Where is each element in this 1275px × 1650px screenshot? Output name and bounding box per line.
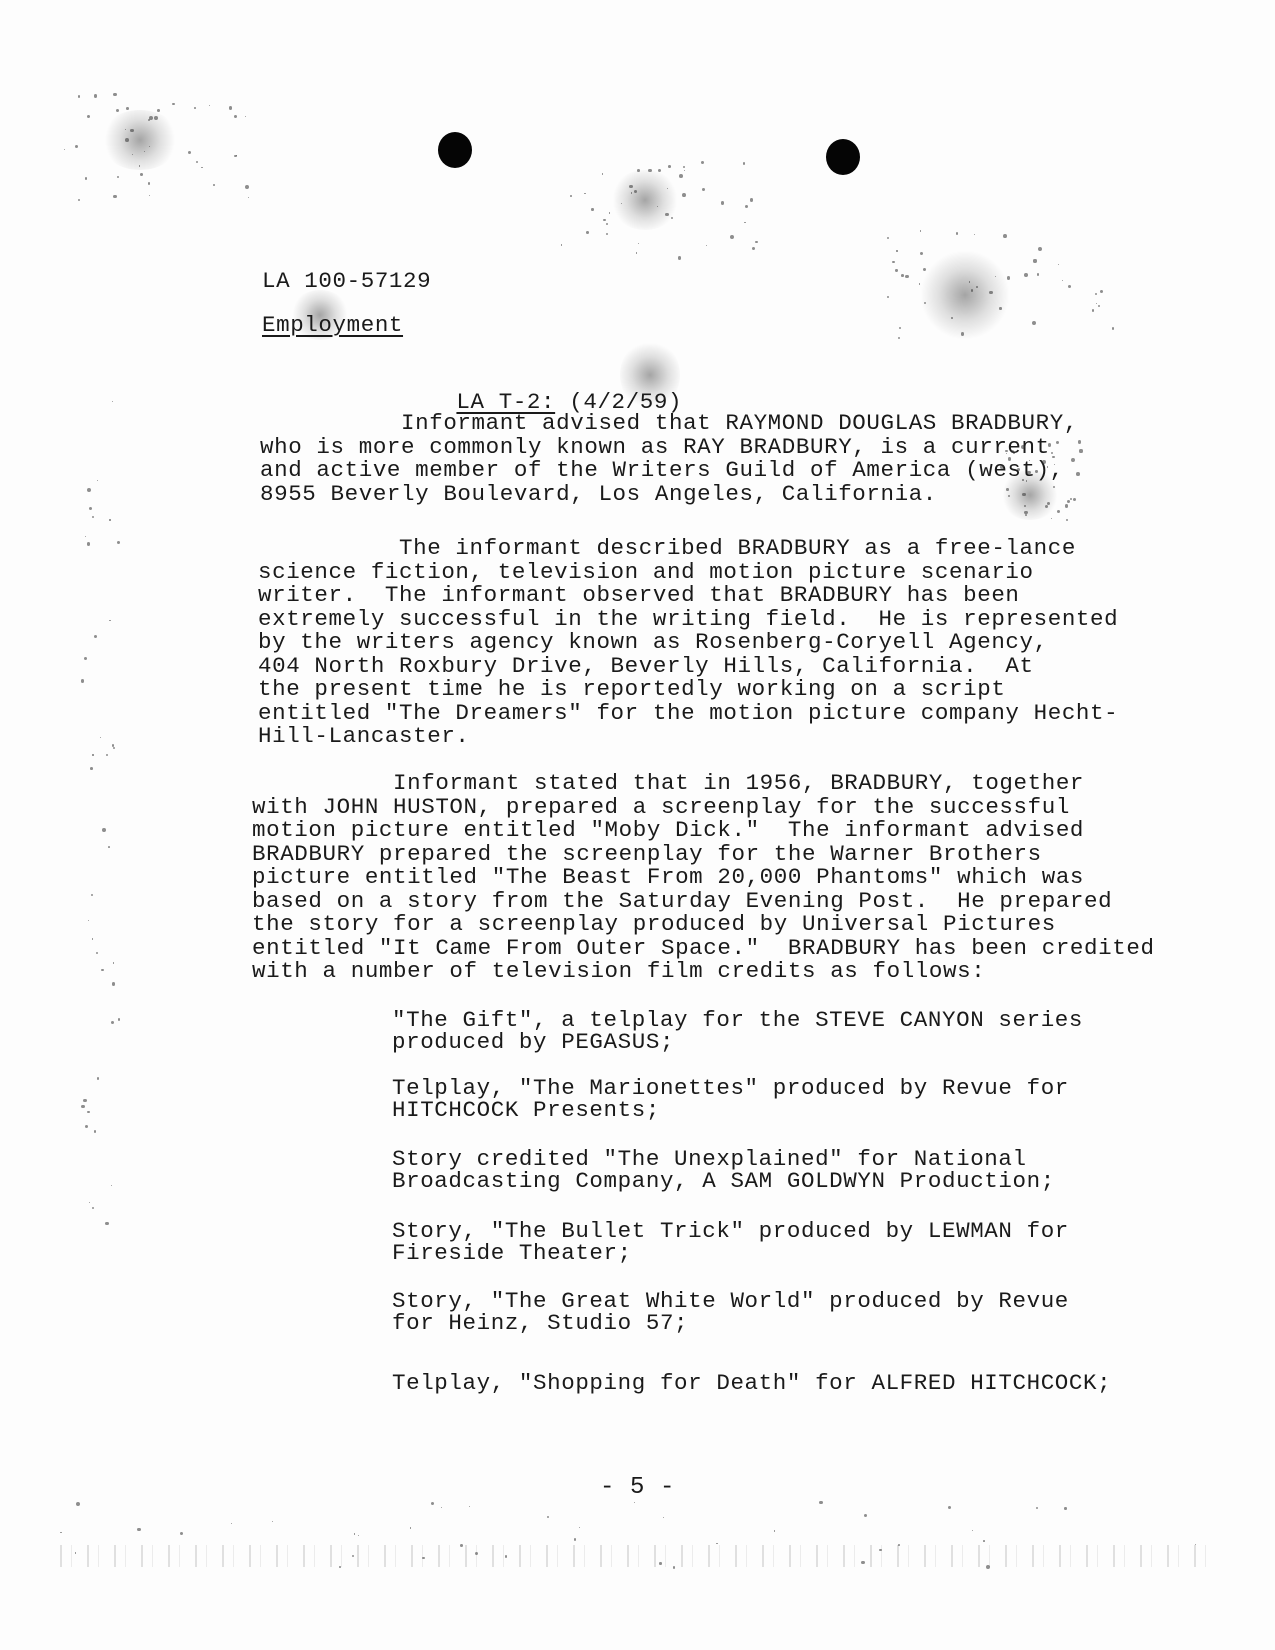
scan-speck [1051, 452, 1054, 455]
paragraph-line: science fiction, television and motion p… [258, 559, 1034, 585]
scan-speck [108, 846, 110, 848]
paragraph-line: extremely successful in the writing fiel… [258, 606, 1118, 632]
scan-speck [1025, 514, 1027, 516]
scan-speck [1037, 273, 1040, 276]
scan-speck [97, 480, 98, 481]
paragraph-line: 404 North Roxbury Drive, Beverly Hills, … [258, 653, 1034, 679]
scan-speck [113, 962, 114, 963]
scan-speck [109, 519, 110, 520]
scan-speck [1078, 440, 1081, 443]
scan-speck [999, 307, 1001, 309]
scan-speck [547, 1516, 549, 1518]
scan-speck [441, 1507, 442, 1508]
scan-smudge [920, 250, 1010, 340]
scan-speck [706, 245, 707, 246]
scan-speck [117, 176, 119, 178]
scan-speck [701, 161, 704, 164]
scan-speck [75, 145, 78, 148]
scan-speck [948, 1506, 951, 1509]
scan-speck [94, 635, 97, 638]
scan-speck [234, 115, 237, 118]
scan-speck [112, 401, 113, 402]
scan-speck [102, 828, 106, 832]
scan-speck [1065, 504, 1069, 508]
scan-speck [92, 938, 93, 939]
scan-speck [1076, 472, 1080, 476]
scan-speck [971, 289, 973, 291]
scan-speck [92, 516, 95, 519]
scan-speck [1053, 486, 1055, 488]
paragraph-line: based on a story from the Saturday Eveni… [252, 888, 1112, 914]
scan-speck [196, 161, 198, 163]
paragraph-line: entitled "The Dreamers" for the motion p… [258, 700, 1118, 726]
scan-speck [1038, 247, 1042, 251]
scan-speck [87, 115, 90, 118]
scan-speck [752, 247, 755, 250]
scan-speck [745, 205, 748, 208]
scan-speck [879, 1549, 882, 1552]
scan-speck [898, 1544, 900, 1546]
scan-speck [410, 1527, 412, 1529]
scan-speck [1064, 1507, 1066, 1509]
scan-speck [100, 737, 102, 739]
scan-speck [1057, 510, 1060, 513]
scan-speck [75, 1552, 76, 1553]
scan-speck [109, 620, 110, 621]
scan-speck [896, 250, 897, 251]
scan-noise-bottom [60, 1545, 1210, 1567]
scan-speck [702, 188, 705, 191]
scan-speck [90, 767, 93, 770]
scan-speck [245, 116, 246, 117]
scan-speck [637, 169, 640, 172]
scan-speck [1098, 305, 1100, 307]
scan-speck [172, 103, 174, 105]
scan-speck [574, 1538, 576, 1540]
scan-speck [201, 167, 202, 168]
scan-speck [505, 1555, 507, 1557]
scan-speck [744, 222, 745, 223]
scan-speck [1032, 321, 1036, 325]
scan-speck [819, 1501, 823, 1505]
scan-speck [659, 1562, 661, 1564]
scan-speck [248, 197, 249, 198]
scan-speck [92, 754, 93, 755]
scan-speck [87, 488, 91, 492]
scan-speck [1007, 276, 1011, 280]
scan-speck [1006, 488, 1009, 491]
scan-speck [898, 337, 900, 339]
scan-speck [561, 244, 563, 246]
scan-speck [591, 208, 593, 210]
scan-speck [679, 174, 683, 178]
scan-speck [683, 166, 685, 168]
scan-speck [339, 1566, 341, 1568]
credit-line: produced by PEGASUS; [392, 1029, 674, 1055]
scan-speck [1062, 280, 1063, 281]
scan-speck [684, 170, 685, 171]
scan-speck [78, 199, 80, 201]
scan-speck [750, 198, 754, 202]
file-number: LA 100-57129 [262, 268, 431, 294]
scan-speck [97, 1077, 100, 1080]
scan-speck [234, 155, 236, 157]
paragraph-line: Hill-Lancaster. [258, 723, 470, 749]
paragraph-line: by the writers agency known as Rosenberg… [258, 629, 1048, 655]
scan-speck [895, 269, 897, 271]
scan-speck [961, 332, 964, 335]
scan-speck [154, 116, 158, 120]
scan-speck [629, 185, 633, 189]
scan-speck [1021, 445, 1025, 449]
scan-speck [89, 507, 93, 511]
credit-line: Broadcasting Company, A SAM GOLDWYN Prod… [392, 1168, 1055, 1194]
scan-speck [213, 184, 215, 186]
scan-speck [1092, 309, 1094, 311]
scan-speck [78, 95, 80, 97]
document-page: LA 100-57129 Employment LA T-2: (4/2/59)… [0, 0, 1275, 1650]
scan-speck [469, 1506, 470, 1507]
scan-speck [1195, 1544, 1196, 1545]
scan-speck [209, 105, 211, 107]
paragraph-line: entitled "It Came From Outer Space." BRA… [252, 935, 1155, 961]
scan-speck [1096, 303, 1097, 304]
scan-speck [974, 234, 976, 236]
scan-speck [663, 1517, 664, 1518]
paragraph-line: the present time he is reportedly workin… [258, 676, 1005, 702]
scan-speck [157, 109, 160, 112]
scan-speck [130, 129, 133, 132]
scan-speck [1070, 498, 1072, 500]
scan-speck [111, 1021, 114, 1024]
scan-speck [83, 1099, 87, 1103]
credit-line: Telplay, "Shopping for Death" for ALFRED… [392, 1370, 1111, 1396]
scan-speck [85, 536, 86, 537]
scan-speck [668, 165, 671, 168]
scan-speck [1011, 450, 1014, 453]
scan-speck [743, 162, 746, 165]
paragraph-line: who is more commonly known as RAY BRADBU… [260, 434, 1050, 460]
scan-speck [118, 1018, 120, 1020]
paragraph-line: the story for a screenplay produced by U… [252, 911, 1056, 937]
hole-punch-right [826, 139, 860, 175]
scan-speck [358, 1535, 359, 1536]
scan-speck [113, 747, 115, 749]
scan-speck [117, 541, 120, 544]
scan-smudge [100, 110, 180, 170]
scan-speck [682, 193, 686, 197]
scan-speck [1003, 234, 1007, 238]
scan-speck [638, 243, 639, 244]
scan-speck [88, 920, 89, 921]
scan-speck [1100, 290, 1103, 293]
scan-speck [570, 195, 572, 197]
scan-speck [85, 177, 87, 179]
credit-line: HITCHCOCK Presents; [392, 1097, 660, 1123]
scan-speck [60, 1532, 62, 1534]
scan-speck [94, 1130, 97, 1133]
paragraph-line: Informant stated that in 1956, BRADBURY,… [252, 770, 1084, 796]
scan-speck [116, 109, 119, 112]
scan-speck [101, 969, 103, 971]
scan-speck [106, 754, 109, 757]
scan-speck [1073, 498, 1076, 501]
scan-speck [1056, 441, 1059, 444]
scan-speck [721, 201, 725, 205]
page-number: - 5 - [600, 1474, 675, 1501]
scan-speck [188, 151, 191, 154]
scan-speck [602, 173, 603, 174]
hole-punch-left [438, 132, 472, 168]
scan-speck [636, 252, 637, 253]
scan-speck [1058, 264, 1060, 266]
scan-speck [1036, 1507, 1038, 1509]
scan-speck [113, 195, 116, 198]
scan-speck [905, 275, 909, 279]
scan-speck [1033, 259, 1036, 262]
scan-speck [85, 1125, 88, 1128]
scan-speck [64, 149, 65, 150]
scan-speck [194, 107, 196, 109]
scan-speck [272, 1521, 273, 1522]
scan-speck [84, 657, 87, 660]
scan-smudge [610, 170, 680, 230]
section-heading: Employment [262, 312, 403, 338]
scan-speck [579, 1527, 580, 1528]
credit-line: Fireside Theater; [392, 1240, 632, 1266]
scan-speck [606, 223, 608, 225]
scan-speck [658, 169, 661, 172]
scan-speck [126, 107, 129, 110]
scan-speck [586, 231, 589, 234]
scan-speck [603, 219, 606, 222]
scan-speck [354, 1533, 355, 1534]
scan-speck [460, 1544, 463, 1547]
scan-speck [609, 212, 611, 214]
paragraph-line: 8955 Beverly Boulevard, Los Angeles, Cal… [260, 481, 937, 507]
scan-speck [755, 241, 757, 243]
scan-speck [671, 217, 673, 219]
scan-speck [1112, 327, 1114, 329]
scan-speck [149, 195, 150, 196]
paragraph-line: and active member of the Writers Guild o… [260, 457, 1064, 483]
scan-speck [94, 94, 97, 97]
scan-speck [180, 1532, 183, 1535]
scan-speck [1067, 500, 1070, 503]
scan-speck [89, 1202, 90, 1203]
scan-speck [665, 213, 668, 216]
scan-speck [584, 193, 586, 195]
scan-speck [81, 1105, 85, 1109]
scan-speck [920, 252, 923, 255]
scan-speck [899, 327, 901, 329]
paragraph-line: with a number of television film credits… [252, 958, 985, 984]
scan-speck [892, 261, 894, 263]
scan-speck [1095, 293, 1097, 295]
paragraph-line: BRADBURY prepared the screenplay for the… [252, 841, 1042, 867]
scan-speck [887, 296, 889, 298]
scan-speck [995, 276, 996, 277]
scan-speck [81, 679, 84, 682]
scan-speck [1071, 458, 1075, 462]
scan-speck [606, 233, 608, 235]
scan-speck [87, 542, 91, 546]
scan-speck [105, 1222, 109, 1226]
scan-speck [96, 952, 98, 954]
scan-speck [920, 230, 921, 231]
scan-speck [1079, 449, 1082, 452]
scan-speck [231, 1523, 232, 1524]
scan-speck [92, 1207, 94, 1209]
scan-speck [125, 138, 129, 142]
scan-speck [972, 1530, 973, 1531]
scan-speck [113, 93, 117, 97]
paragraph-line: with JOHN HUSTON, prepared a screenplay … [252, 794, 1070, 820]
scan-speck [431, 1502, 434, 1505]
scan-speck [1017, 468, 1020, 471]
scan-speck [229, 106, 232, 109]
scan-speck [245, 185, 249, 189]
scan-speck [634, 190, 637, 193]
scan-speck [140, 173, 143, 176]
scan-speck [1035, 470, 1037, 472]
scan-speck [87, 1111, 90, 1114]
scan-speck [901, 274, 904, 277]
scan-speck [774, 1530, 776, 1532]
scan-speck [1068, 285, 1071, 288]
paragraph-line: writer. The informant observed that BRAD… [258, 582, 1020, 608]
scan-speck [634, 1502, 635, 1503]
scan-speck [730, 235, 734, 239]
paragraph-line: picture entitled "The Beast From 20,000 … [252, 864, 1084, 890]
scan-speck [148, 182, 150, 184]
scan-speck [1048, 443, 1051, 446]
scan-speck [986, 1565, 990, 1569]
paragraph-line: Informant advised that RAYMOND DOUGLAS B… [260, 410, 1078, 436]
scan-speck [91, 894, 93, 896]
paragraph-line: The informant described BRADBURY as a fr… [258, 535, 1076, 561]
scan-speck [673, 1566, 676, 1569]
scan-speck [989, 291, 992, 294]
credit-line: for Heinz, Studio 57; [392, 1310, 688, 1336]
scan-speck [76, 1502, 80, 1506]
scan-speck [352, 1555, 354, 1557]
scan-speck [112, 982, 115, 985]
scan-speck [678, 256, 681, 259]
scan-speck [111, 1185, 112, 1186]
scan-speck [1042, 460, 1046, 464]
scan-speck [983, 1540, 985, 1542]
scan-speck [1066, 519, 1068, 521]
paragraph-line: motion picture entitled "Moby Dick." The… [252, 817, 1084, 843]
scan-speck [1024, 273, 1028, 277]
scan-speck [475, 1552, 478, 1555]
scan-speck [969, 281, 970, 282]
scan-speck [956, 232, 959, 235]
scan-speck [1022, 479, 1024, 481]
scan-speck [887, 237, 889, 239]
scan-speck [864, 1514, 867, 1517]
scan-speck [1051, 518, 1052, 519]
scan-speck [648, 169, 652, 173]
scan-speck [951, 317, 953, 319]
scan-speck [137, 1528, 140, 1531]
